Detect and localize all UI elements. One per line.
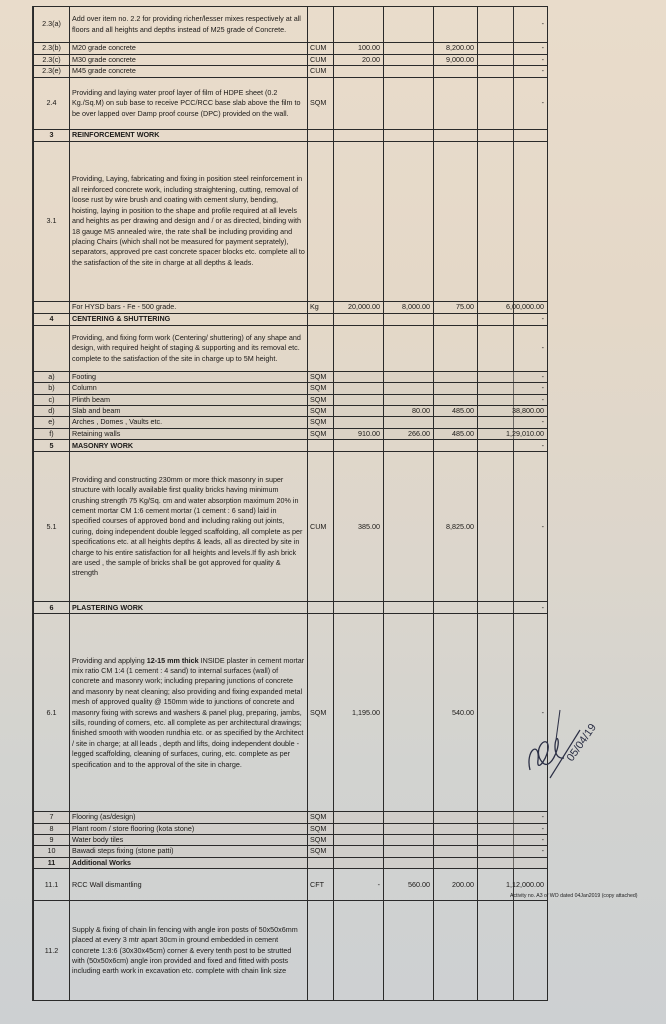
table-row: a)FootingSQM- [34,371,548,382]
item-number-cell: 2.4 [34,77,70,129]
quantity-cell: 910.00 [334,428,384,439]
unit-cell: CUM [308,66,334,77]
signature-icon: 05/04/19 [520,700,640,780]
quantity-cell [384,812,434,823]
amount-cell: - [478,7,548,43]
table-row: d)Slab and beamSQM80.00485.0038,800.00 [34,406,548,417]
unit-cell: SQM [308,614,334,812]
table-row: f)Retaining wallsSQM910.00266.00485.001,… [34,428,548,439]
rate-cell: 485.00 [434,428,478,439]
side-note: Activity no. A3 of WO dated 04Jan2019 (c… [510,893,666,900]
quantity-cell [334,66,384,77]
quantity-cell: 266.00 [384,428,434,439]
rate-cell [434,857,478,868]
item-number-cell: 11.1 [34,869,70,901]
amount-cell: - [478,823,548,834]
signature-date: 05/04/19 [565,722,599,764]
description-cell: Water body tiles [70,835,308,846]
quantity-cell: 385.00 [334,452,384,602]
amount-cell: - [478,417,548,428]
table-row: 2.3(b)M20 grade concreteCUM100.008,200.0… [34,43,548,55]
quantity-cell [334,812,384,823]
quantity-cell [334,141,384,301]
item-number-cell: 8 [34,823,70,834]
quantity-cell: 560.00 [384,869,434,901]
unit-cell: SQM [308,417,334,428]
unit-cell [308,602,334,614]
item-number-cell: 3.1 [34,141,70,301]
quantity-cell [384,7,434,43]
item-number-cell: d) [34,406,70,417]
rate-cell [434,383,478,394]
rate-cell: 540.00 [434,614,478,812]
quantity-cell [384,452,434,602]
rate-cell: 200.00 [434,869,478,901]
quantity-cell [334,313,384,325]
table-row: Providing, and fixing form work (Centeri… [34,325,548,371]
rate-cell [434,835,478,846]
table-row: 11.1RCC Wall dismantlingCFT-560.00200.00… [34,869,548,901]
item-number-cell [34,301,70,313]
table-row: 2.4Providing and laying water proof laye… [34,77,548,129]
item-number-cell: 6 [34,602,70,614]
quantity-cell [334,325,384,371]
description-cell: Bawadi steps fixing (stone patti) [70,846,308,857]
item-number-cell: 9 [34,835,70,846]
item-number-cell: a) [34,371,70,382]
item-number-cell: b) [34,383,70,394]
quantity-cell [384,129,434,141]
unit-cell: CUM [308,55,334,66]
description-cell: Add over item no. 2.2 for providing rich… [70,7,308,43]
table-row: 5.1Providing and constructing 230mm or m… [34,452,548,602]
rate-cell [434,602,478,614]
amount-cell: 1,29,010.00 [478,428,548,439]
description-cell: RCC Wall dismantling [70,869,308,901]
quantity-cell [384,371,434,382]
table-row: 4CENTERING & SHUTTERING- [34,313,548,325]
rate-cell [434,812,478,823]
description-cell: Providing and constructing 230mm or more… [70,452,308,602]
description-cell: CENTERING & SHUTTERING [70,313,308,325]
amount-cell: - [478,371,548,382]
quantity-cell [384,77,434,129]
table-row: 9Water body tilesSQM- [34,835,548,846]
rate-cell: 485.00 [434,406,478,417]
rate-cell: 75.00 [434,301,478,313]
quantity-cell [384,417,434,428]
item-number-cell: 2.3(b) [34,43,70,55]
unit-cell: CFT [308,869,334,901]
item-number-cell: 5 [34,440,70,452]
item-number-cell: 11.2 [34,901,70,1001]
item-number-cell: 4 [34,313,70,325]
amount-cell: - [478,394,548,405]
boq-sheet: 2.3(a)Add over item no. 2.2 for providin… [32,6,514,1001]
description-cell: Plinth beam [70,394,308,405]
item-number-cell: e) [34,417,70,428]
description-cell: Footing [70,371,308,382]
table-row: 3.1Providing, Laying, fabricating and fi… [34,141,548,301]
amount-cell: - [478,602,548,614]
description-text: Providing and applying [72,656,147,665]
description-cell: Arches , Domes , Vaults etc. [70,417,308,428]
description-cell: M45 grade concrete [70,66,308,77]
description-cell: Slab and beam [70,406,308,417]
quantity-cell [334,857,384,868]
unit-cell: SQM [308,835,334,846]
quantity-cell [384,614,434,812]
description-cell: Plant room / store flooring (kota stone) [70,823,308,834]
unit-cell [308,901,334,1001]
quantity-cell [384,440,434,452]
quantity-cell: 80.00 [384,406,434,417]
description-cell: PLASTERING WORK [70,602,308,614]
unit-cell: CUM [308,43,334,55]
table-row: 10Bawadi steps fixing (stone patti)SQM- [34,846,548,857]
rate-cell [434,371,478,382]
amount-cell: - [478,55,548,66]
quantity-cell [334,129,384,141]
table-row: c)Plinth beamSQM- [34,394,548,405]
description-cell: Retaining walls [70,428,308,439]
boq-table: 2.3(a)Add over item no. 2.2 for providin… [33,6,548,1001]
amount-cell: - [478,313,548,325]
table-row: 2.3(a)Add over item no. 2.2 for providin… [34,7,548,43]
table-row: 5MASONRY WORK- [34,440,548,452]
rate-cell: 9,000.00 [434,55,478,66]
unit-cell [308,129,334,141]
table-row: For HYSD bars - Fe - 500 grade.Kg20,000.… [34,301,548,313]
rate-cell [434,7,478,43]
quantity-cell [334,417,384,428]
rate-cell [434,417,478,428]
unit-cell: SQM [308,812,334,823]
quantity-cell [384,141,434,301]
rate-cell [434,394,478,405]
amount-cell [478,901,548,1001]
unit-cell [308,325,334,371]
description-cell: For HYSD bars - Fe - 500 grade. [70,301,308,313]
table-row: e)Arches , Domes , Vaults etc.SQM- [34,417,548,428]
quantity-cell [384,846,434,857]
item-number-cell: 3 [34,129,70,141]
quantity-cell [334,440,384,452]
amount-cell [478,141,548,301]
description-cell: M20 grade concrete [70,43,308,55]
rate-cell: 8,825.00 [434,452,478,602]
unit-cell: SQM [308,77,334,129]
unit-cell: Kg [308,301,334,313]
unit-cell: SQM [308,383,334,394]
quantity-cell [384,857,434,868]
unit-cell [308,313,334,325]
rate-cell: 8,200.00 [434,43,478,55]
amount-cell: - [478,846,548,857]
unit-cell: SQM [308,371,334,382]
description-cell: Flooring (as/design) [70,812,308,823]
table-row: 2.3(e)M45 grade concreteCUM- [34,66,548,77]
rate-cell [434,129,478,141]
quantity-cell [334,371,384,382]
table-row: 3REINFORCEMENT WORK [34,129,548,141]
rate-cell [434,440,478,452]
item-number-cell: c) [34,394,70,405]
description-text: 12-15 mm thick [147,656,199,665]
description-cell: MASONRY WORK [70,440,308,452]
amount-cell: - [478,812,548,823]
amount-cell: - [478,452,548,602]
quantity-cell: 20.00 [334,55,384,66]
amount-cell: - [478,77,548,129]
description-cell: Supply & fixing of chain lin fencing wit… [70,901,308,1001]
quantity-cell [384,313,434,325]
item-number-cell: 10 [34,846,70,857]
quantity-cell: 8,000.00 [384,301,434,313]
amount-cell: 6,00,000.00 [478,301,548,313]
table-row: b)ColumnSQM- [34,383,548,394]
description-cell: Providing and applying 12-15 mm thick IN… [70,614,308,812]
unit-cell [308,440,334,452]
quantity-cell [334,835,384,846]
quantity-cell [384,66,434,77]
quantity-cell: 100.00 [334,43,384,55]
table-row: 11.2Supply & fixing of chain lin fencing… [34,901,548,1001]
unit-cell: SQM [308,406,334,417]
unit-cell: SQM [308,823,334,834]
quantity-cell [334,7,384,43]
unit-cell: SQM [308,428,334,439]
quantity-cell [334,383,384,394]
unit-cell [308,7,334,43]
quantity-cell [384,394,434,405]
quantity-cell [334,823,384,834]
description-cell: Providing, Laying, fabricating and fixin… [70,141,308,301]
description-cell: Providing and laying water proof layer o… [70,77,308,129]
item-number-cell: 7 [34,812,70,823]
quantity-cell: - [334,869,384,901]
quantity-cell [384,823,434,834]
item-number-cell: 2.3(a) [34,7,70,43]
description-cell: Additional Works [70,857,308,868]
quantity-cell [384,602,434,614]
rate-cell [434,846,478,857]
rate-cell [434,141,478,301]
item-number-cell: 5.1 [34,452,70,602]
description-text: INSIDE plaster in cement mortar mix rati… [72,656,304,769]
item-number-cell: 11 [34,857,70,868]
amount-cell [478,857,548,868]
amount-cell: - [478,383,548,394]
quantity-cell [384,55,434,66]
rate-cell [434,823,478,834]
quantity-cell [334,602,384,614]
table-row: 6.1Providing and applying 12-15 mm thick… [34,614,548,812]
unit-cell: SQM [308,394,334,405]
amount-cell: - [478,440,548,452]
amount-cell: - [478,835,548,846]
rate-cell [434,66,478,77]
quantity-cell [334,901,384,1001]
quantity-cell [384,901,434,1001]
item-number-cell [34,325,70,371]
amount-cell [478,129,548,141]
quantity-cell [384,383,434,394]
description-cell: REINFORCEMENT WORK [70,129,308,141]
quantity-cell: 20,000.00 [334,301,384,313]
item-number-cell: 2.3(c) [34,55,70,66]
rate-cell [434,901,478,1001]
unit-cell: CUM [308,452,334,602]
table-row: 11Additional Works [34,857,548,868]
item-number-cell: 2.3(e) [34,66,70,77]
amount-cell: - [478,66,548,77]
unit-cell [308,857,334,868]
quantity-cell [334,394,384,405]
rate-cell [434,325,478,371]
amount-cell: - [478,325,548,371]
rate-cell [434,77,478,129]
description-cell: Providing, and fixing form work (Centeri… [70,325,308,371]
rate-cell [434,313,478,325]
quantity-cell [384,325,434,371]
unit-cell: SQM [308,846,334,857]
quantity-cell: 1,195.00 [334,614,384,812]
amount-cell: 38,800.00 [478,406,548,417]
table-row: 2.3(c)M30 grade concreteCUM20.009,000.00… [34,55,548,66]
table-row: 7Flooring (as/design)SQM- [34,812,548,823]
item-number-cell: f) [34,428,70,439]
table-row: 6PLASTERING WORK- [34,602,548,614]
description-cell: Column [70,383,308,394]
unit-cell [308,141,334,301]
description-cell: M30 grade concrete [70,55,308,66]
amount-cell: - [478,43,548,55]
quantity-cell [334,77,384,129]
quantity-cell [334,846,384,857]
quantity-cell [384,43,434,55]
item-number-cell: 6.1 [34,614,70,812]
table-row: 8Plant room / store flooring (kota stone… [34,823,548,834]
quantity-cell [334,406,384,417]
quantity-cell [384,835,434,846]
